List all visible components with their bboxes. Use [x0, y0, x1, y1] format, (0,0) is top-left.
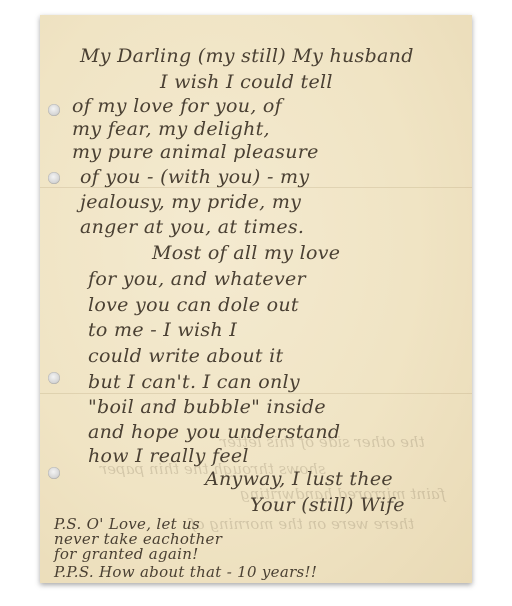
fold-line [40, 393, 472, 394]
letter-line: of my love for you, of [72, 95, 282, 117]
letter-line: how I really feel [88, 445, 249, 467]
letter-page: the other side of this letter shows thro… [40, 15, 472, 583]
signature: Your (still) Wife [250, 494, 405, 516]
letter-line: jealousy, my pride, my [80, 191, 301, 213]
letter-line: anger at you, at times. [80, 216, 304, 238]
letter-line: could write about it [88, 345, 284, 367]
postscript-line: P.P.S. How about that - 10 years!! [54, 563, 317, 581]
punch-hole [48, 172, 60, 184]
letter-line: for you, and whatever [88, 268, 306, 290]
punch-hole [48, 104, 60, 116]
letter-line: my pure animal pleasure [72, 141, 319, 163]
letter-line: Most of all my love [152, 242, 340, 264]
letter-line: to me - I wish I [88, 319, 237, 341]
letter-line: but I can't. I can only [88, 371, 300, 393]
letter-line: of you - (with you) - my [80, 166, 309, 188]
letter-line: and hope you understand [88, 421, 340, 443]
bleed-through-text: there were on the morning of [190, 515, 414, 533]
salutation: My Darling (my still) My husband [80, 45, 414, 67]
postscript-line: for granted again! [54, 545, 199, 563]
punch-hole [48, 372, 60, 384]
letter-line: my fear, my delight, [72, 118, 270, 140]
letter-line: I wish I could tell [160, 71, 333, 93]
closing: Anyway, I lust thee [205, 468, 393, 490]
letter-line: love you can dole out [88, 294, 299, 316]
letter-line: "boil and bubble" inside [88, 396, 326, 418]
punch-hole [48, 467, 60, 479]
